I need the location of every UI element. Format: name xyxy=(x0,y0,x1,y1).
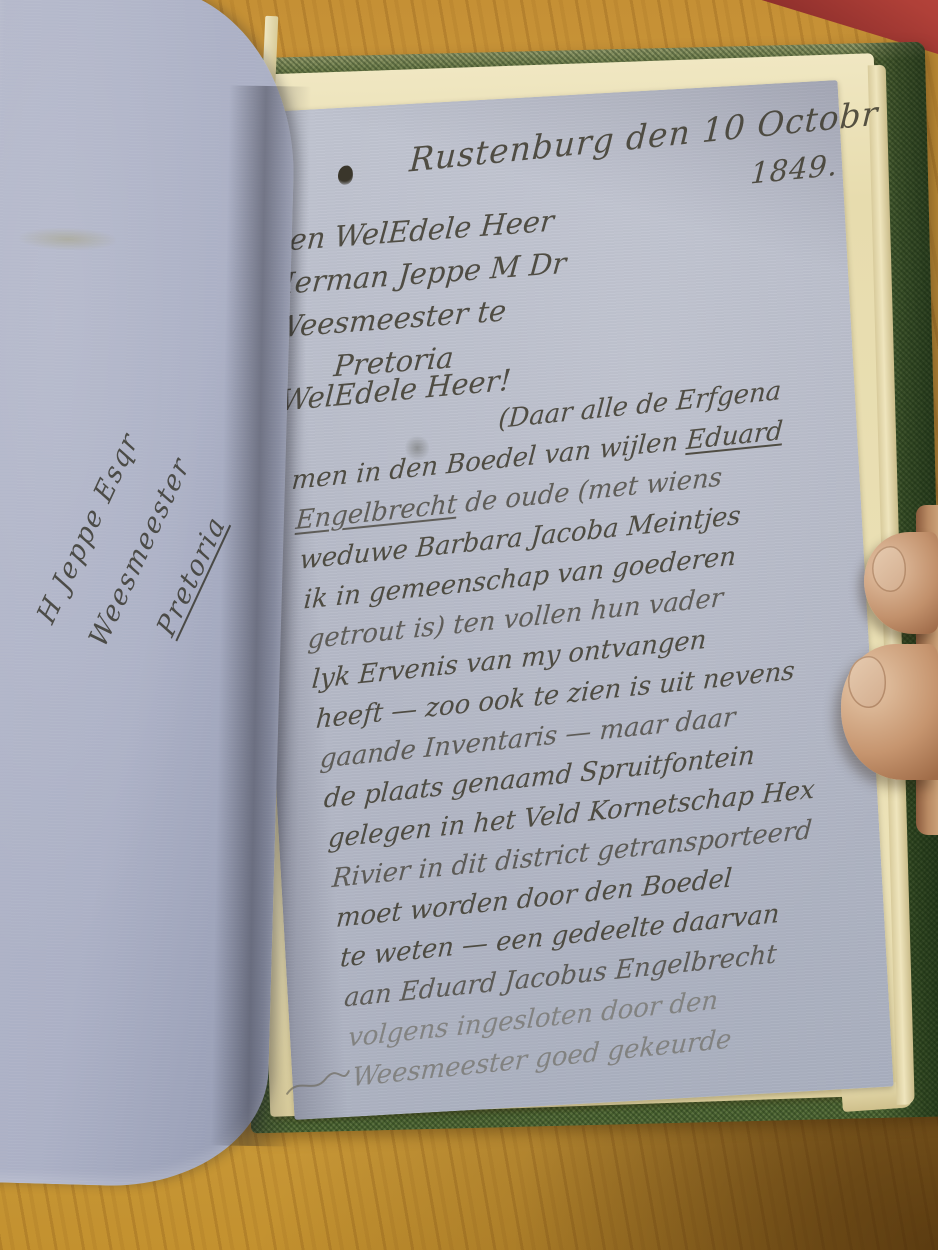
dateline-year: 1849. xyxy=(749,148,839,191)
photo-of-letter-in-book: Rustenburg den 10 Octobr 1849. Den WelEd… xyxy=(0,0,938,1250)
letter-dateline: Rustenburg den 10 Octobr 1849. xyxy=(407,94,880,180)
letter-body: (Daar alle de Erfgenamen in den Boedel v… xyxy=(286,364,922,1098)
paper-stain xyxy=(19,227,116,252)
ink-blot xyxy=(337,165,353,185)
letter-address-block: Den WelEdele HeerHerman Jeppe M DrWeesme… xyxy=(265,199,574,392)
fingernail xyxy=(848,656,886,708)
letter-page: Rustenburg den 10 Octobr 1849. Den WelEd… xyxy=(238,80,893,1120)
fingernail xyxy=(872,546,906,592)
